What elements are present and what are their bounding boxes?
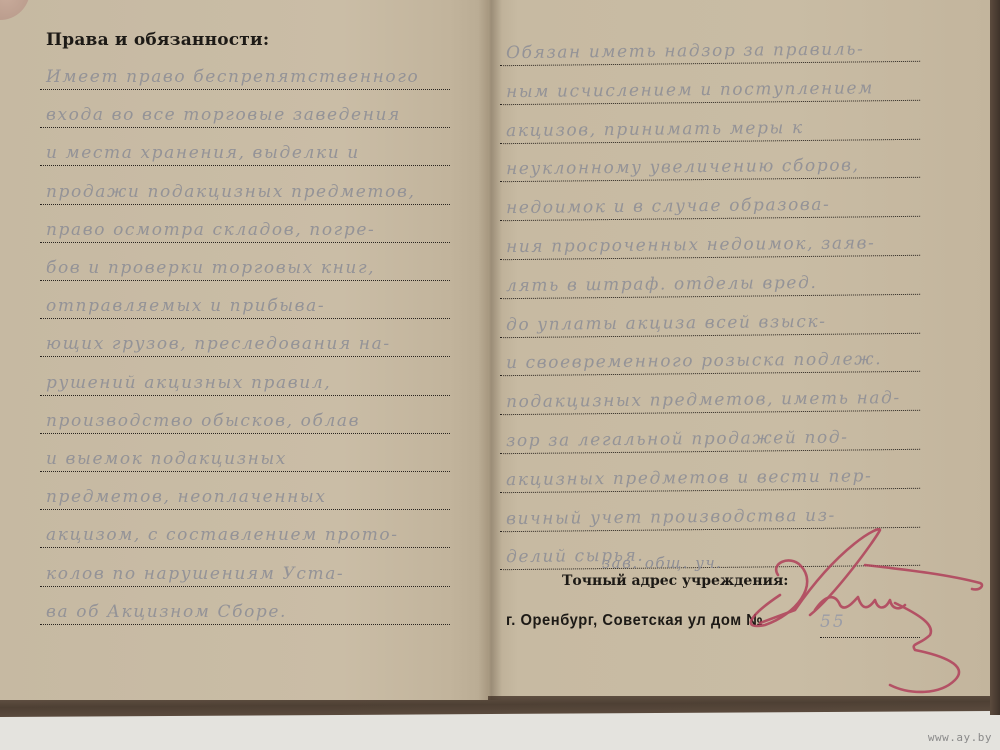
handwritten-text: ным исчислением и поступлением [506,78,874,102]
handwritten-text: акцизных предметов и вести пер- [506,466,873,490]
handwritten-line: подакцизных предметов, иметь над- [500,381,920,415]
handwritten-line: колов по нарушениям Уста- [40,557,450,587]
handwritten-line: ва об Акцизном Сборе. [40,595,450,625]
handwritten-text: ва об Акцизном Сборе. [46,602,287,622]
handwritten-text: и своевременного розыска подлеж. [506,350,882,374]
handwritten-text: производство обысков, облав [46,411,360,431]
handwritten-text: зор за легальной продажей под- [506,428,849,452]
signature-red-ink [740,515,990,705]
handwritten-text: предметов, неоплаченных [46,487,327,507]
handwritten-line: отправляемых и прибыва- [40,289,450,319]
handwritten-text: отправляемых и прибыва- [46,296,325,316]
handwritten-note: зав. общ. уч. [602,554,722,572]
watermark: www.ay.by [928,731,992,744]
handwritten-text: недоимок и в случае образова- [506,195,831,218]
handwritten-line: Имеет право беспрепятственного [40,60,450,90]
handwritten-text: неуклонному увеличению сборов, [506,156,860,180]
handwritten-line: Обязан иметь надзор за правиль- [500,32,920,66]
handwritten-line: продажи подакцизных предметов, [40,175,450,205]
handwritten-text: до уплаты акциза всей взыск- [506,311,827,334]
handwritten-text: подакцизных предметов, иметь над- [506,388,901,412]
handwritten-line: и места хранения, выделки и [40,136,450,166]
page-heading: Права и обязанности: [46,30,269,50]
handwritten-line: ным исчислением и поступлением [500,71,920,105]
handwritten-text: бов и проверки торговых книг, [46,258,375,278]
handwritten-line: предметов, неоплаченных [40,480,450,510]
book-cover-side [990,0,1000,715]
handwritten-line: лять в штраф. отделы вред. [500,265,920,299]
handwritten-line: рушений акцизных правил, [40,366,450,396]
handwritten-line: ния просроченных недоимок, заяв- [500,226,920,260]
handwritten-text: Имеет право беспрепятственного [46,67,419,87]
handwritten-line: и своевременного розыска подлеж. [500,342,920,376]
handwritten-text: право осмотра складов, погре- [46,220,375,240]
handwritten-text: колов по нарушениям Уста- [46,564,344,584]
document-photo: Права и обязанности: Имеет право беспреп… [0,0,1000,750]
finger-tip [0,0,30,20]
handwritten-text: акцизом, с составлением прото- [46,525,399,545]
handwritten-text: ющих грузов, преследования на- [46,334,391,354]
handwritten-text: ния просроченных недоимок, заяв- [506,233,876,257]
handwritten-text: рушений акцизных правил, [46,373,331,393]
handwritten-line: неуклонному увеличению сборов, [500,148,920,182]
handwritten-text: Обязан иметь надзор за правиль- [506,39,865,63]
handwritten-line: недоимок и в случае образова- [500,187,920,221]
handwritten-text: входа во все торговые заведения [46,105,401,125]
handwritten-text: лять в штраф. отделы вред. [506,273,818,296]
handwritten-line: акцизов, принимать меры к [500,109,920,143]
handwritten-text: продажи подакцизных предметов, [46,182,416,202]
handwritten-line: акцизом, с составлением прото- [40,518,450,548]
handwritten-text: и выемок подакцизных [46,449,287,469]
handwritten-line: и выемок подакцизных [40,442,450,472]
handwritten-line: ющих грузов, преследования на- [40,327,450,357]
handwritten-line: входа во все торговые заведения [40,98,450,128]
handwritten-line: производство обысков, облав [40,404,450,434]
handwritten-line: зор за легальной продажей под- [500,420,920,454]
address-line: г. Оренбург, Советская ул дом № [506,612,763,630]
handwritten-line: право осмотра складов, погре- [40,213,450,243]
left-page: Права и обязанности: Имеет право беспреп… [0,0,488,700]
handwritten-text: акцизов, принимать меры к [506,118,804,141]
handwritten-text: и места хранения, выделки и [46,143,360,163]
handwritten-line: до уплаты акциза всей взыск- [500,303,920,337]
handwritten-line: бов и проверки торговых книг, [40,251,450,281]
handwritten-line: акцизных предметов и вести пер- [500,459,920,493]
